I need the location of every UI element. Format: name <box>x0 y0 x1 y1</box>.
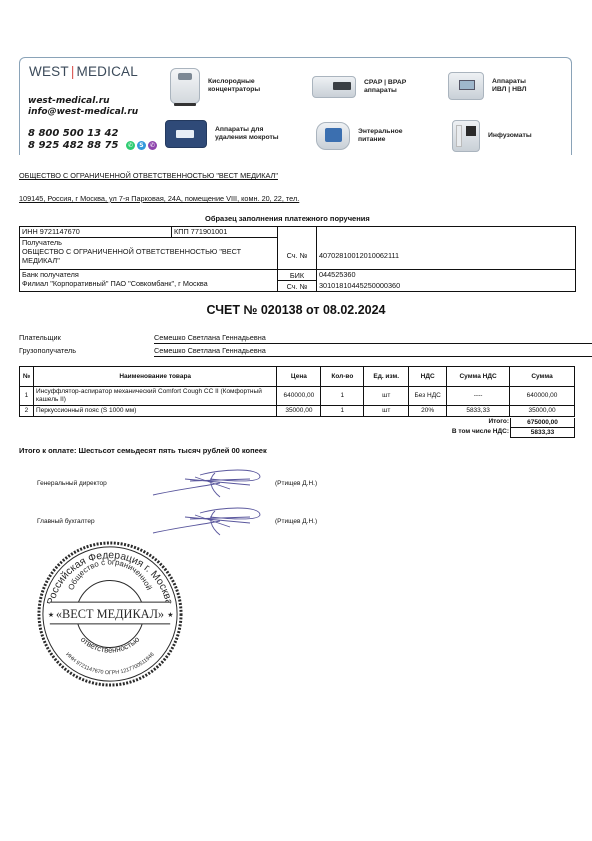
enteral-pump-icon <box>316 122 350 150</box>
corr-account-label: Сч. № <box>278 281 317 292</box>
cell-price: 35000,00 <box>277 406 321 417</box>
cell-vat: 20% <box>409 406 447 417</box>
invoice-title: СЧЕТ № 020138 от 08.02.2024 <box>0 303 592 317</box>
cell-unit: шт <box>364 406 409 417</box>
cell-name: Перкуссионный пояс (S 1000 мм) <box>33 406 276 417</box>
table-row: 1Инсуффлятор-аспиратор механический Comf… <box>20 387 575 406</box>
kpp-cell: КПП 771901001 <box>172 227 278 238</box>
cell-price: 640000,00 <box>277 387 321 406</box>
cell-n: 1 <box>20 387 34 406</box>
product-label: АппаратыИВЛ | НВЛ <box>492 78 527 94</box>
cell-sum: 35000,00 <box>510 406 575 417</box>
phone-2-row: 8 925 482 88 75 ✆S✆ <box>28 140 157 152</box>
director-name: (Ртищев Д.Н.) <box>275 480 317 487</box>
bik-label: БИК <box>278 270 317 281</box>
director-role: Генеральный директор <box>37 480 107 487</box>
payment-sample-title: Образец заполнения платежного поручения <box>205 214 370 223</box>
bank-cell: Банк получателя Филиал "Корпоративный" П… <box>20 270 278 292</box>
oxygen-concentrator-icon <box>170 68 200 104</box>
viber-icon[interactable]: ✆ <box>148 141 157 150</box>
cpap-device-icon <box>312 76 356 98</box>
bank-name: Филиал "Корпоративный" ПАО "Совкомбанк",… <box>22 279 275 288</box>
total-label: Итого: <box>489 418 510 425</box>
items-table: № Наименование товара Цена Кол-во Ед. из… <box>19 366 575 417</box>
cell-n: 2 <box>20 406 34 417</box>
corr-account-value: 30101810445250000360 <box>317 281 576 292</box>
col-vat: НДС <box>409 367 447 387</box>
col-sum: Сумма <box>510 367 575 387</box>
bank-details-table: ИНН 9721147670 КПП 771901001 Сч. № 40702… <box>19 226 576 292</box>
cell-qty: 1 <box>321 387 364 406</box>
cell-vat-sum: ---- <box>447 387 510 406</box>
payer-value: Семешко Светлана Геннадьевна <box>154 333 592 344</box>
inn-cell: ИНН 9721147670 <box>20 227 172 238</box>
account-label: Сч. № <box>278 227 317 270</box>
ventilator-icon <box>448 72 484 100</box>
star-icon: ★ <box>167 611 173 619</box>
col-name: Наименование товара <box>33 367 276 387</box>
account-number: 40702810012010062111 <box>317 227 576 270</box>
recipient-cell: Получатель ОБЩЕСТВО С ОГРАНИЧЕННОЙ ОТВЕТ… <box>20 238 278 270</box>
product-label: Кислородныеконцентраторы <box>208 78 260 94</box>
accountant-signature-icon <box>150 503 270 543</box>
company-address: 109145, Россия, г Москва, ул 7-я Паркова… <box>19 194 299 203</box>
product-infusion-pumps: Инфузоматы <box>452 120 532 152</box>
col-vat-sum: Сумма НДС <box>447 367 510 387</box>
col-qty: Кол-во <box>321 367 364 387</box>
bik-value: 044525360 <box>317 270 576 281</box>
col-price: Цена <box>277 367 321 387</box>
product-label: Энтеральноепитание <box>358 128 403 144</box>
product-label: Аппараты дляудаления мокроты <box>215 126 279 142</box>
vat-total-value: 5833,33 <box>510 428 575 438</box>
messenger-icons: ✆S✆ <box>126 141 157 150</box>
total-value: 675000,00 <box>510 418 575 428</box>
items-header-row: № Наименование товара Цена Кол-во Ед. из… <box>20 367 575 387</box>
table-row: 2Перкуссионный пояс (S 1000 мм)35000,001… <box>20 406 575 417</box>
phone-1[interactable]: 8 800 500 13 42 <box>28 128 157 140</box>
cell-unit: шт <box>364 387 409 406</box>
phone-2[interactable]: 8 925 482 88 75 <box>28 140 118 151</box>
col-unit: Ед. изм. <box>364 367 409 387</box>
cell-vat-sum: 5833,33 <box>447 406 510 417</box>
stamp-bottom-text: ответственностью <box>79 635 142 655</box>
accountant-name: (Ртищев Д.Н.) <box>275 518 317 525</box>
cell-name: Инсуффлятор-аспиратор механический Comfo… <box>33 387 276 406</box>
infusion-pump-icon <box>452 120 480 152</box>
consignee-value: Семешко Светлана Геннадьевна <box>154 346 592 357</box>
bank-label: Банк получателя <box>22 270 275 279</box>
accountant-role: Главный бухгалтер <box>37 518 95 525</box>
director-signature-icon <box>150 465 270 505</box>
product-cpap-bpap: CPAP | BPAPаппараты <box>312 76 406 98</box>
star-icon: ★ <box>48 611 54 619</box>
recipient-label: Получатель <box>22 238 275 247</box>
product-label: CPAP | BPAPаппараты <box>364 79 406 95</box>
website-link[interactable]: west-medical.ru <box>28 96 138 107</box>
skype-icon[interactable]: S <box>137 141 146 150</box>
airway-clearance-device-icon <box>165 120 207 148</box>
email-link[interactable]: info@west-medical.ru <box>28 107 138 118</box>
brand-left: WEST <box>29 64 69 79</box>
product-label: Инфузоматы <box>488 132 532 140</box>
header-banner: WEST|MEDICAL west-medical.ru info@west-m… <box>19 57 572 155</box>
product-oxygen-concentrators: Кислородныеконцентраторы <box>170 68 260 104</box>
product-enteral-nutrition: Энтеральноепитание <box>316 122 403 150</box>
amount-in-words: Итого к оплате: Шестьсот семьдесят пять … <box>19 446 267 455</box>
svg-text:ответственностью: ответственностью <box>79 635 142 655</box>
web-contacts: west-medical.ru info@west-medical.ru <box>28 96 138 118</box>
product-airway-clearance: Аппараты дляудаления мокроты <box>165 120 279 148</box>
brand-right: MEDICAL <box>77 64 138 79</box>
product-ventilators: АппаратыИВЛ | НВЛ <box>448 72 527 100</box>
phone-contacts: 8 800 500 13 42 8 925 482 88 75 ✆S✆ <box>28 128 157 152</box>
consignee-label: Грузополучатель <box>19 346 139 355</box>
company-name: ОБЩЕСТВО С ОГРАНИЧЕННОЙ ОТВЕТСТВЕННОСТЬЮ… <box>19 171 278 180</box>
col-number: № <box>20 367 34 387</box>
cell-sum: 640000,00 <box>510 387 575 406</box>
cell-qty: 1 <box>321 406 364 417</box>
vat-total-label: В том числе НДС: <box>452 428 509 435</box>
payer-label: Плательщик <box>19 333 139 342</box>
cell-vat: Без НДС <box>409 387 447 406</box>
brand-logo: WEST|MEDICAL <box>29 64 138 79</box>
company-stamp: Российская Федерация г. Москва Общество … <box>36 540 184 688</box>
stamp-center-text: «ВЕСТ МЕДИКАЛ» <box>56 607 164 621</box>
whatsapp-icon[interactable]: ✆ <box>126 141 135 150</box>
recipient-name: ОБЩЕСТВО С ОГРАНИЧЕННОЙ ОТВЕТСТВЕННОСТЬЮ… <box>22 247 275 265</box>
brand-separator: | <box>71 64 75 79</box>
